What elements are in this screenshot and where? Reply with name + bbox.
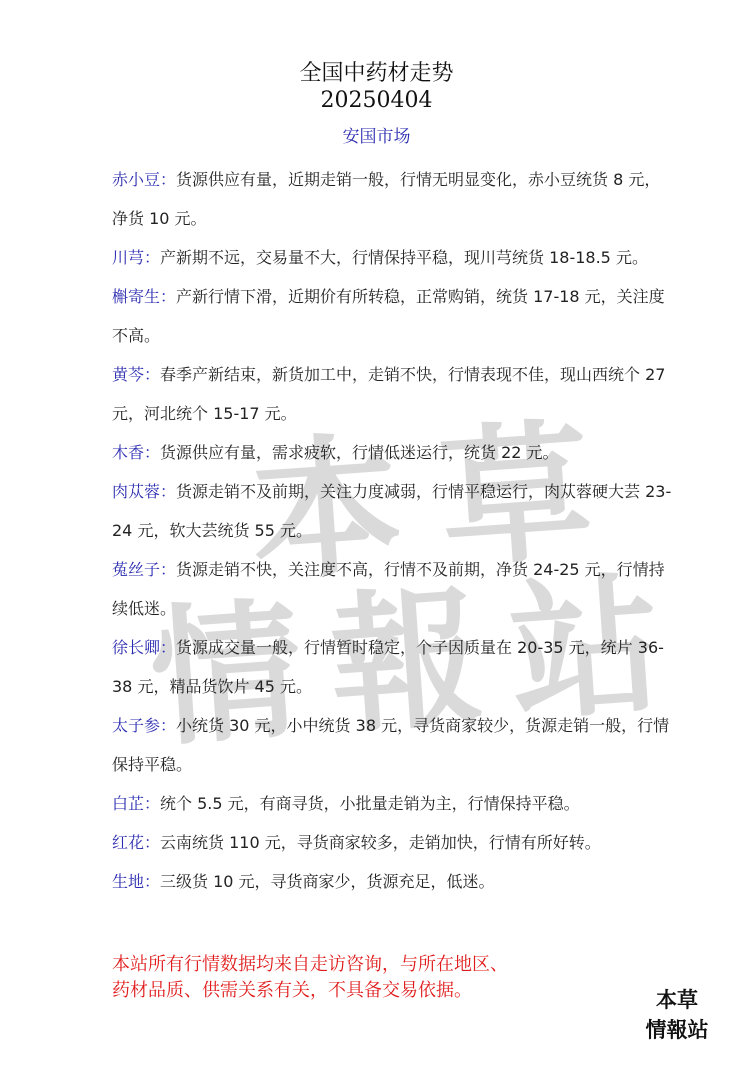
herb-description: 小统货 30 元，小中统货 38 元，寻货商家较少，货源走销一般，行情保持平稳。	[112, 716, 669, 774]
herb-description: 产新行情下滑，近期价有所转稳，正常购销，统货 17-18 元，关注度不高。	[112, 287, 665, 345]
list-item: 赤小豆：货源供应有量，近期走销一般，行情无明显变化，赤小豆统货 8 元，净货 1…	[112, 160, 672, 238]
herb-description: 产新期不远，交易量不大，行情保持平稳，现川芎统货 18-18.5 元。	[160, 248, 648, 267]
stamp-line-2: 情報站	[632, 1015, 722, 1045]
herb-name: 太子参：	[112, 716, 176, 735]
herb-description: 货源走销不及前期，关注力度减弱，行情平稳运行，肉苁蓉硬大芸 23-24 元，软大…	[112, 482, 671, 540]
herb-name: 红花：	[112, 833, 160, 852]
brand-stamp: 本草 情報站	[632, 985, 722, 1045]
list-item: 生地：三级货 10 元，寻货商家少，货源充足，低迷。	[112, 862, 672, 901]
herb-description: 货源供应有量，近期走销一般，行情无明显变化，赤小豆统货 8 元，净货 10 元。	[112, 170, 660, 228]
herb-name: 黄芩：	[112, 365, 160, 384]
disclaimer: 本站所有行情数据均来自走访咨询，与所在地区、 药材品质、供需关系有关，不具备交易…	[112, 952, 592, 1004]
report-date: 20250404	[0, 88, 753, 113]
herb-name: 槲寄生：	[112, 287, 176, 306]
herb-name: 徐长卿：	[112, 638, 176, 657]
stamp-line-1: 本草	[632, 985, 722, 1015]
herb-name: 川芎：	[112, 248, 160, 267]
herb-name: 肉苁蓉：	[112, 482, 176, 501]
list-item: 太子参：小统货 30 元，小中统货 38 元，寻货商家较少，货源走销一般，行情保…	[112, 706, 672, 784]
herb-name: 木香：	[112, 443, 160, 462]
list-item: 肉苁蓉：货源走销不及前期，关注力度减弱，行情平稳运行，肉苁蓉硬大芸 23-24 …	[112, 472, 672, 550]
list-item: 红花：云南统货 110 元，寻货商家较多，走销加快，行情有所好转。	[112, 823, 672, 862]
herb-name: 白芷：	[112, 794, 160, 813]
list-item: 黄芩：春季产新结束，新货加工中，走销不快，行情表现不佳，现山西统个 27 元，河…	[112, 355, 672, 433]
market-name: 安国市场	[0, 122, 753, 147]
herb-description: 货源成交量一般，行情暂时稳定，个子因质量在 20-35 元，统片 36-38 元…	[112, 638, 664, 696]
list-item: 槲寄生：产新行情下滑，近期价有所转稳，正常购销，统货 17-18 元，关注度不高…	[112, 277, 672, 355]
list-item: 白芷：统个 5.5 元，有商寻货，小批量走销为主，行情保持平稳。	[112, 784, 672, 823]
entry-list: 赤小豆：货源供应有量，近期走销一般，行情无明显变化，赤小豆统货 8 元，净货 1…	[112, 160, 672, 901]
list-item: 川芎：产新期不远，交易量不大，行情保持平稳，现川芎统货 18-18.5 元。	[112, 238, 672, 277]
herb-description: 统个 5.5 元，有商寻货，小批量走销为主，行情保持平稳。	[160, 794, 580, 813]
list-item: 菟丝子：货源走销不快，关注度不高，行情不及前期，净货 24-25 元，行情持续低…	[112, 550, 672, 628]
herb-name: 赤小豆：	[112, 170, 176, 189]
list-item: 木香：货源供应有量，需求疲软，行情低迷运行，统货 22 元。	[112, 433, 672, 472]
herb-description: 春季产新结束，新货加工中，走销不快，行情表现不佳，现山西统个 27 元，河北统个…	[112, 365, 665, 423]
disclaimer-line-1: 本站所有行情数据均来自走访咨询，与所在地区、	[112, 952, 592, 978]
herb-description: 云南统货 110 元，寻货商家较多，走销加快，行情有所好转。	[160, 833, 601, 852]
herb-name: 生地：	[112, 872, 160, 891]
disclaimer-line-2: 药材品质、供需关系有关，不具备交易依据。	[112, 978, 592, 1004]
herb-description: 三级货 10 元，寻货商家少，货源充足，低迷。	[160, 872, 495, 891]
herb-name: 菟丝子：	[112, 560, 176, 579]
herb-description: 货源走销不快，关注度不高，行情不及前期，净货 24-25 元，行情持续低迷。	[112, 560, 665, 618]
page-title: 全国中药材走势	[0, 56, 753, 87]
herb-description: 货源供应有量，需求疲软，行情低迷运行，统货 22 元。	[160, 443, 559, 462]
list-item: 徐长卿：货源成交量一般，行情暂时稳定，个子因质量在 20-35 元，统片 36-…	[112, 628, 672, 706]
